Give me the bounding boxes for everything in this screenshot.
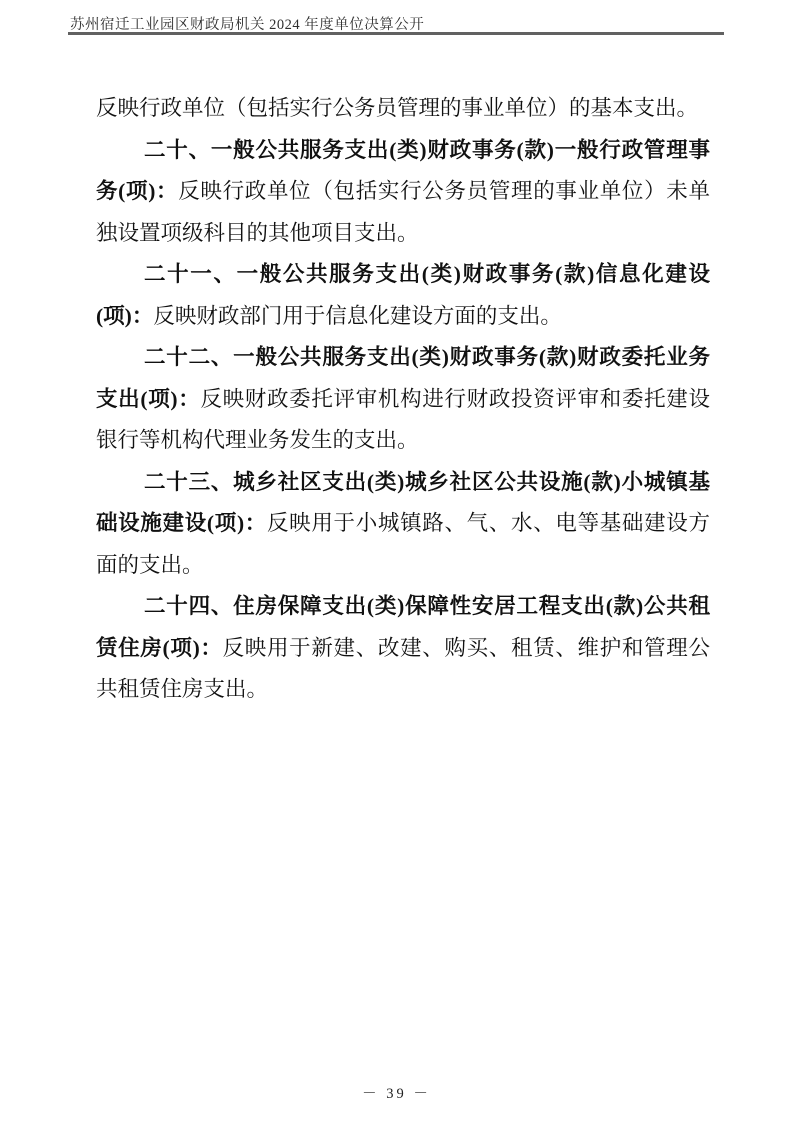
- paragraph-item-21: 二十一、一般公共服务支出(类)财政事务(款)信息化建设(项)：反映财政部门用于信…: [96, 254, 710, 337]
- paragraph-item-20: 二十、一般公共服务支出(类)财政事务(款)一般行政管理事务(项)：反映行政单位（…: [96, 130, 710, 255]
- page-number: － 39 －: [0, 1082, 793, 1103]
- page-header-title: 苏州宿迁工业园区财政局机关 2024 年度单位决算公开: [70, 13, 424, 34]
- document-body: 反映行政单位（包括实行公务员管理的事业单位）的基本支出。 二十、一般公共服务支出…: [96, 88, 710, 711]
- paragraph-text: 反映行政单位（包括实行公务员管理的事业单位）未单独设置项级科目的其他项目支出。: [96, 179, 710, 245]
- paragraph-item-23: 二十三、城乡社区支出(类)城乡社区公共设施(款)小城镇基础设施建设(项)：反映用…: [96, 462, 710, 587]
- paragraph-item-24: 二十四、住房保障支出(类)保障性安居工程支出(款)公共租赁住房(项)：反映用于新…: [96, 586, 710, 711]
- continuation-paragraph: 反映行政单位（包括实行公务员管理的事业单位）的基本支出。: [96, 88, 710, 130]
- header-rule-divider: [68, 32, 724, 35]
- paragraph-item-22: 二十二、一般公共服务支出(类)财政事务(款)财政委托业务支出(项)：反映财政委托…: [96, 337, 710, 462]
- paragraph-text: 反映财政部门用于信息化建设方面的支出。: [153, 304, 562, 328]
- document-page: 苏州宿迁工业园区财政局机关 2024 年度单位决算公开 反映行政单位（包括实行公…: [0, 0, 793, 1122]
